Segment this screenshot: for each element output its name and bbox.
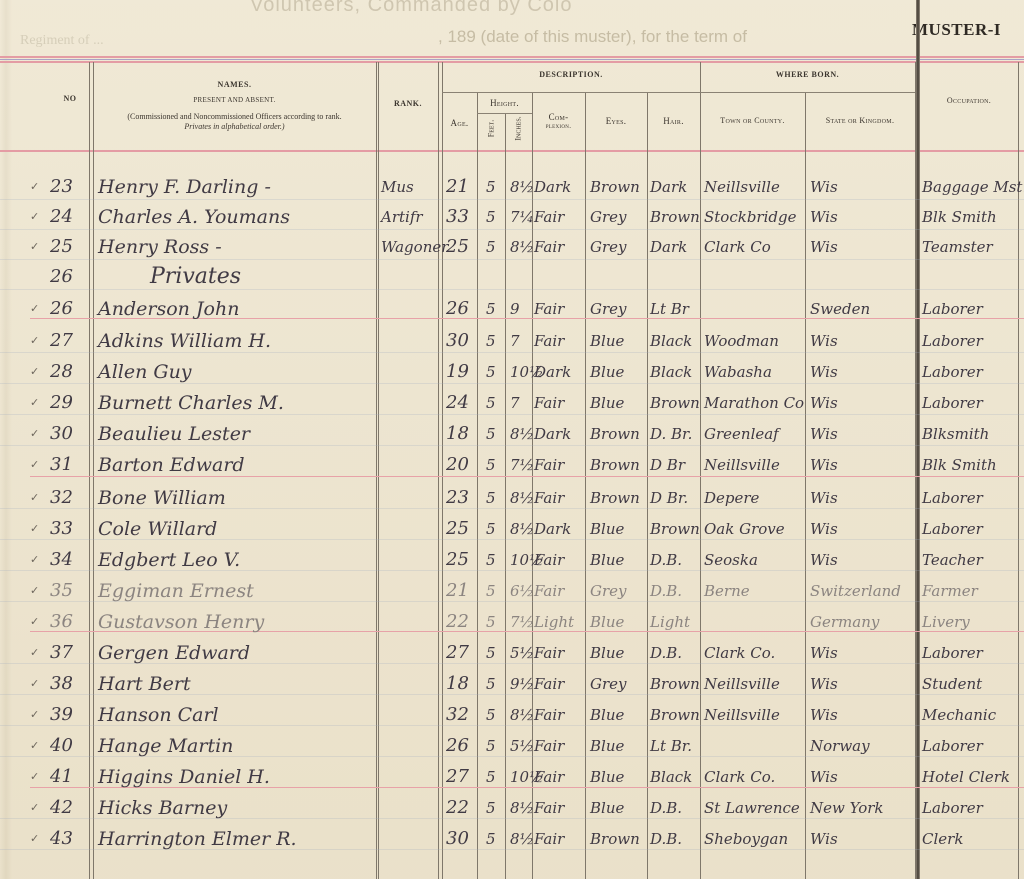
table-row: ✓ 23 Henry F. Darling - Mus 21 5 8½ Dark… [0,172,1024,202]
roster-number: 42 [50,793,73,823]
roster-number: 28 [50,357,73,387]
birth-state: Norway [810,731,870,761]
soldier-name: Gustavson Henry [98,607,264,637]
roster-number: 23 [50,172,73,202]
table-row: ✓ 25 Henry Ross - Wagoner 25 5 8½ Fair G… [0,232,1024,262]
eye-color: Blue [590,514,624,544]
birth-town: Clark Co. [704,638,775,668]
complexion: Fair [534,388,564,418]
height-feet: 5 [486,483,496,513]
table-row: ✓ 40 Hange Martin 26 5 5½ Fair Blue Lt B… [0,731,1024,761]
table-row: 26 Privates [0,262,1024,292]
hair-color: Black [650,762,692,792]
age: 19 [446,357,469,387]
birth-town: Neillsville [704,700,780,730]
complexion: Fair [534,793,564,823]
header-names-sub2: (Commissioned and Noncommissioned Office… [93,112,376,121]
eye-color: Blue [590,638,624,668]
check-mark-icon: ✓ [30,388,39,418]
height-inches: 9 [510,294,520,324]
complexion: Fair [534,700,564,730]
eye-color: Grey [590,669,627,699]
height-feet: 5 [486,232,496,262]
soldier-name: Barton Edward [98,450,245,480]
eye-color: Grey [590,576,627,606]
height-inches: 8½ [510,824,534,854]
hair-color: Lt Br. [650,731,692,761]
height-inches: 8½ [510,514,534,544]
check-mark-icon: ✓ [30,514,39,544]
age: 25 [446,232,469,262]
rank: Mus [381,172,414,202]
faint-subheader-left: Regiment of ... [20,33,104,49]
description-rule [442,92,700,93]
roster-number: 24 [50,202,73,232]
roster-number: 32 [50,483,73,513]
occupation: Teacher [922,545,983,575]
birth-town: Neillsville [704,172,780,202]
header-hair: Hair. [647,116,700,126]
age: 32 [446,700,469,730]
birth-town: Berne [704,576,750,606]
eye-color: Grey [590,202,627,232]
age: 23 [446,483,469,513]
birth-town: Seoska [704,545,758,575]
faint-subheader-text: , 189 (date of this muster), for the ter… [438,27,747,47]
eye-color: Blue [590,388,624,418]
birth-town: Wabasha [704,357,772,387]
roster-number: 31 [50,450,73,480]
birth-state: Wis [810,638,838,668]
table-row: ✓ 29 Burnett Charles M. 24 5 7 Fair Blue… [0,388,1024,418]
height-inches: 6½ [510,576,534,606]
occupation: Baggage Mst. [922,172,1024,202]
complexion: Dark [534,357,571,387]
age: 30 [446,824,469,854]
height-inches: 8½ [510,700,534,730]
table-row: ✓ 27 Adkins William H. 30 5 7 Fair Blue … [0,326,1024,356]
height-inches: 9½ [510,669,534,699]
complexion: Fair [534,232,564,262]
height-feet: 5 [486,450,496,480]
check-mark-icon: ✓ [30,669,39,699]
top-red-rule [0,56,1024,58]
occupation: Laborer [922,388,983,418]
soldier-name: Beaulieu Lester [98,419,250,449]
height-feet: 5 [486,793,496,823]
table-row: ✓ 30 Beaulieu Lester 18 5 8½ Dark Brown … [0,419,1024,449]
check-mark-icon: ✓ [30,762,39,792]
hair-color: D.B. [650,545,682,575]
roster-number: 29 [50,388,73,418]
birth-town: Greenleaf [704,419,779,449]
header-eyes: Eyes. [585,116,647,126]
roster-number: 30 [50,419,73,449]
height-feet: 5 [486,202,496,232]
age: 25 [446,514,469,544]
age: 27 [446,762,469,792]
check-mark-icon: ✓ [30,294,39,324]
height-inches: 7 [510,388,520,418]
soldier-name: Cole Willard [98,514,217,544]
birth-state: New York [810,793,884,823]
age: 30 [446,326,469,356]
hair-color: D.B. [650,576,682,606]
header-complexion-1: Com- [532,112,585,122]
header-town: Town or County. [700,116,805,125]
eye-color: Brown [590,450,640,480]
birth-state: Wis [810,357,838,387]
table-row: ✓ 34 Edgbert Leo V. 25 5 10½ Fair Blue D… [0,545,1024,575]
soldier-name: Bone William [98,483,226,513]
height-inches: 8½ [510,232,534,262]
hair-color: D.B. [650,824,682,854]
eye-color: Blue [590,793,624,823]
occupation: Laborer [922,793,983,823]
check-mark-icon: ✓ [30,700,39,730]
height-feet: 5 [486,731,496,761]
height-inches: 8½ [510,793,534,823]
age: 22 [446,793,469,823]
check-mark-icon: ✓ [30,824,39,854]
complexion: Fair [534,450,564,480]
table-row: ✓ 35 Eggiman Ernest 21 5 6½ Fair Grey D.… [0,576,1024,606]
age: 26 [446,731,469,761]
eye-color: Brown [590,419,640,449]
section-heading-privates: Privates [150,262,241,292]
age: 21 [446,172,469,202]
roster-number: 34 [50,545,73,575]
occupation: Teamster [922,232,993,262]
occupation: Laborer [922,357,983,387]
occupation: Laborer [922,294,983,324]
occupation: Laborer [922,326,983,356]
complexion: Fair [534,731,564,761]
roster-number: 41 [50,762,73,792]
soldier-name: Anderson John [98,294,239,324]
occupation: Farmer [922,576,978,606]
height-feet: 5 [486,638,496,668]
table-row: ✓ 42 Hicks Barney 22 5 8½ Fair Blue D.B.… [0,793,1024,823]
birth-state: Wis [810,450,838,480]
birth-town: Clark Co. [704,762,775,792]
hair-color: Brown [650,202,700,232]
roster-number: 26 [50,294,73,324]
height-inches: 7½ [510,450,534,480]
table-row: ✓ 24 Charles A. Youmans Artifr 33 5 7¼ F… [0,202,1024,232]
header-state: State or Kingdom. [805,116,915,125]
occupation: Laborer [922,638,983,668]
occupation: Blk Smith [922,202,997,232]
table-row: ✓ 31 Barton Edward 20 5 7½ Fair Brown D … [0,450,1024,480]
occupation: Laborer [922,483,983,513]
height-feet: 5 [486,388,496,418]
birth-state: Wis [810,388,838,418]
hair-color: Dark [650,172,687,202]
hair-color: Black [650,357,692,387]
roster-number: 39 [50,700,73,730]
birth-state: Wis [810,824,838,854]
eye-color: Blue [590,607,624,637]
birth-town: Oak Grove [704,514,785,544]
table-row: ✓ 38 Hart Bert 18 5 9½ Fair Grey Brown N… [0,669,1024,699]
height-inches: 8½ [510,172,534,202]
header-occupation: Occupation. [920,96,1018,105]
height-inches: 5½ [510,731,534,761]
occupation: Hotel Clerk [922,762,1010,792]
hair-color: D.B. [650,793,682,823]
table-row: ✓ 28 Allen Guy 19 5 10½ Dark Blue Black … [0,357,1024,387]
birth-town: Stockbridge [704,202,796,232]
soldier-name: Burnett Charles M. [98,388,284,418]
check-mark-icon: ✓ [30,419,39,449]
birth-town: Neillsville [704,669,780,699]
soldier-name: Higgins Daniel H. [98,762,270,792]
roster-number: 35 [50,576,73,606]
header-description: DESCRIPTION. [442,70,700,79]
complexion: Fair [534,202,564,232]
header-inches: Inches. [500,124,536,133]
roster-number: 38 [50,669,73,699]
hair-color: Dark [650,232,687,262]
age: 25 [446,545,469,575]
birth-town: St Lawrence [704,793,800,823]
soldier-name: Allen Guy [98,357,192,387]
table-row: ✓ 41 Higgins Daniel H. 27 5 10½ Fair Blu… [0,762,1024,792]
check-mark-icon: ✓ [30,483,39,513]
complexion: Fair [534,545,564,575]
roster-number: 43 [50,824,73,854]
birth-state: Wis [810,700,838,730]
birth-state: Wis [810,232,838,262]
occupation: Mechanic [922,700,996,730]
table-row: ✓ 36 Gustavson Henry 22 5 7½ Light Blue … [0,607,1024,637]
birth-state: Sweden [810,294,870,324]
rank: Artifr [381,202,423,232]
hair-color: Brown [650,700,700,730]
height-feet: 5 [486,419,496,449]
eye-color: Blue [590,700,624,730]
page-header: Volunteers, Commanded by Colo Regiment o… [0,0,1024,55]
check-mark-icon: ✓ [30,731,39,761]
height-feet: 5 [486,576,496,606]
soldier-name: Hange Martin [98,731,233,761]
birth-state: Wis [810,326,838,356]
height-inches: 7¼ [510,202,534,232]
complexion: Fair [534,326,564,356]
check-mark-icon: ✓ [30,576,39,606]
header-where-born: WHERE BORN. [700,70,915,79]
check-mark-icon: ✓ [30,638,39,668]
occupation: Clerk [922,824,963,854]
age: 22 [446,607,469,637]
header-complexion-2: plexion. [532,122,585,130]
where-born-rule [700,92,915,93]
complexion: Fair [534,669,564,699]
birth-state: Wis [810,172,838,202]
birth-state: Wis [810,202,838,232]
eye-color: Blue [590,762,624,792]
age: 20 [446,450,469,480]
birth-state: Wis [810,669,838,699]
age: 18 [446,419,469,449]
height-inches: 8½ [510,483,534,513]
height-feet: 5 [486,607,496,637]
eye-color: Blue [590,731,624,761]
occupation: Blksmith [922,419,989,449]
soldier-name: Henry F. Darling - [98,172,271,202]
table-row: ✓ 37 Gergen Edward 27 5 5½ Fair Blue D.B… [0,638,1024,668]
birth-state: Wis [810,483,838,513]
birth-state: Wis [810,762,838,792]
page-title: MUSTER-I [912,20,1001,40]
header-height: Height. [477,98,532,108]
birth-town: Marathon Co [704,388,804,418]
height-feet: 5 [486,700,496,730]
birth-town: Neillsville [704,450,780,480]
occupation: Laborer [922,731,983,761]
hair-color: Brown [650,514,700,544]
occupation: Blk Smith [922,450,997,480]
check-mark-icon: ✓ [30,545,39,575]
complexion: Light [534,607,574,637]
table-row: ✓ 39 Hanson Carl 32 5 8½ Fair Blue Brown… [0,700,1024,730]
table-row: ✓ 32 Bone William 23 5 8½ Fair Brown D B… [0,483,1024,513]
hair-color: Brown [650,669,700,699]
hair-color: D. Br. [650,419,692,449]
height-inches: 5½ [510,638,534,668]
hair-color: D Br. [650,483,688,513]
occupation: Livery [922,607,970,637]
birth-state: Germany [810,607,879,637]
complexion: Fair [534,483,564,513]
soldier-name: Hicks Barney [98,793,227,823]
height-feet: 5 [486,669,496,699]
faint-header-text: Volunteers, Commanded by Colo [250,0,573,17]
height-feet: 5 [486,357,496,387]
height-feet: 5 [486,172,496,202]
height-rule [477,113,532,114]
check-mark-icon: ✓ [30,232,39,262]
check-mark-icon: ✓ [30,326,39,356]
soldier-name: Eggiman Ernest [98,576,254,606]
complexion: Fair [534,824,564,854]
occupation: Laborer [922,514,983,544]
height-feet: 5 [486,514,496,544]
roster-number: 40 [50,731,73,761]
roster-number: 36 [50,607,73,637]
header-names-sub1: PRESENT AND ABSENT. [93,96,376,104]
height-inches: 7 [510,326,520,356]
hair-color: D.B. [650,638,682,668]
eye-color: Grey [590,232,627,262]
table-row: ✓ 26 Anderson John 26 5 9 Fair Grey Lt B… [0,294,1024,324]
roster-number: 37 [50,638,73,668]
soldier-name: Harrington Elmer R. [98,824,297,854]
roster-number: 26 [50,262,73,292]
hair-color: Black [650,326,692,356]
check-mark-icon: ✓ [30,172,39,202]
height-inches: 8½ [510,419,534,449]
age: 27 [446,638,469,668]
check-mark-icon: ✓ [30,357,39,387]
header-rank: RANK. [378,99,438,108]
age: 26 [446,294,469,324]
eye-color: Brown [590,824,640,854]
occupation: Student [922,669,982,699]
birth-town: Clark Co [704,232,771,262]
roster-number: 27 [50,326,73,356]
height-feet: 5 [486,545,496,575]
top-red-rule-2 [0,61,1024,63]
birth-state: Wis [810,545,838,575]
age: 33 [446,202,469,232]
age: 18 [446,669,469,699]
eye-color: Brown [590,172,640,202]
roster-number: 33 [50,514,73,544]
soldier-name: Edgbert Leo V. [98,545,240,575]
birth-town: Woodman [704,326,779,356]
eye-color: Blue [590,326,624,356]
eye-color: Blue [590,545,624,575]
eye-color: Blue [590,357,624,387]
age: 21 [446,576,469,606]
complexion: Fair [534,294,564,324]
height-feet: 5 [486,824,496,854]
soldier-name: Gergen Edward [98,638,250,668]
height-feet: 5 [486,294,496,324]
complexion: Fair [534,576,564,606]
birth-state: Switzerland [810,576,901,606]
table-row: ✓ 43 Harrington Elmer R. 30 5 8½ Fair Br… [0,824,1024,854]
table-row: ✓ 33 Cole Willard 25 5 8½ Dark Blue Brow… [0,514,1024,544]
complexion: Fair [534,638,564,668]
rank: Wagoner [381,232,448,262]
soldier-name: Adkins William H. [98,326,271,356]
birth-state: Wis [810,419,838,449]
soldier-name: Henry Ross - [98,232,222,262]
height-inches: 7½ [510,607,534,637]
complexion: Dark [534,172,571,202]
check-mark-icon: ✓ [30,450,39,480]
complexion: Dark [534,419,571,449]
soldier-name: Charles A. Youmans [98,202,290,232]
hair-color: D Br [650,450,685,480]
soldier-name: Hart Bert [98,669,191,699]
check-mark-icon: ✓ [30,607,39,637]
hair-color: Light [650,607,690,637]
header-age: Age. [442,118,477,128]
soldier-name: Hanson Carl [98,700,219,730]
hair-color: Lt Br [650,294,689,324]
height-feet: 5 [486,762,496,792]
header-names-sub3: Privates in alphabetical order.) [93,122,376,131]
header-bottom-rule [0,150,1024,152]
birth-town: Depere [704,483,759,513]
birth-town: Sheboygan [704,824,788,854]
header-names: NAMES. [93,80,376,89]
eye-color: Brown [590,483,640,513]
header-no: NO [55,94,85,103]
height-feet: 5 [486,326,496,356]
roster-number: 25 [50,232,73,262]
check-mark-icon: ✓ [30,202,39,232]
eye-color: Grey [590,294,627,324]
hair-color: Brown [650,388,700,418]
complexion: Dark [534,514,571,544]
top-blue-rule [0,59,1024,60]
age: 24 [446,388,469,418]
